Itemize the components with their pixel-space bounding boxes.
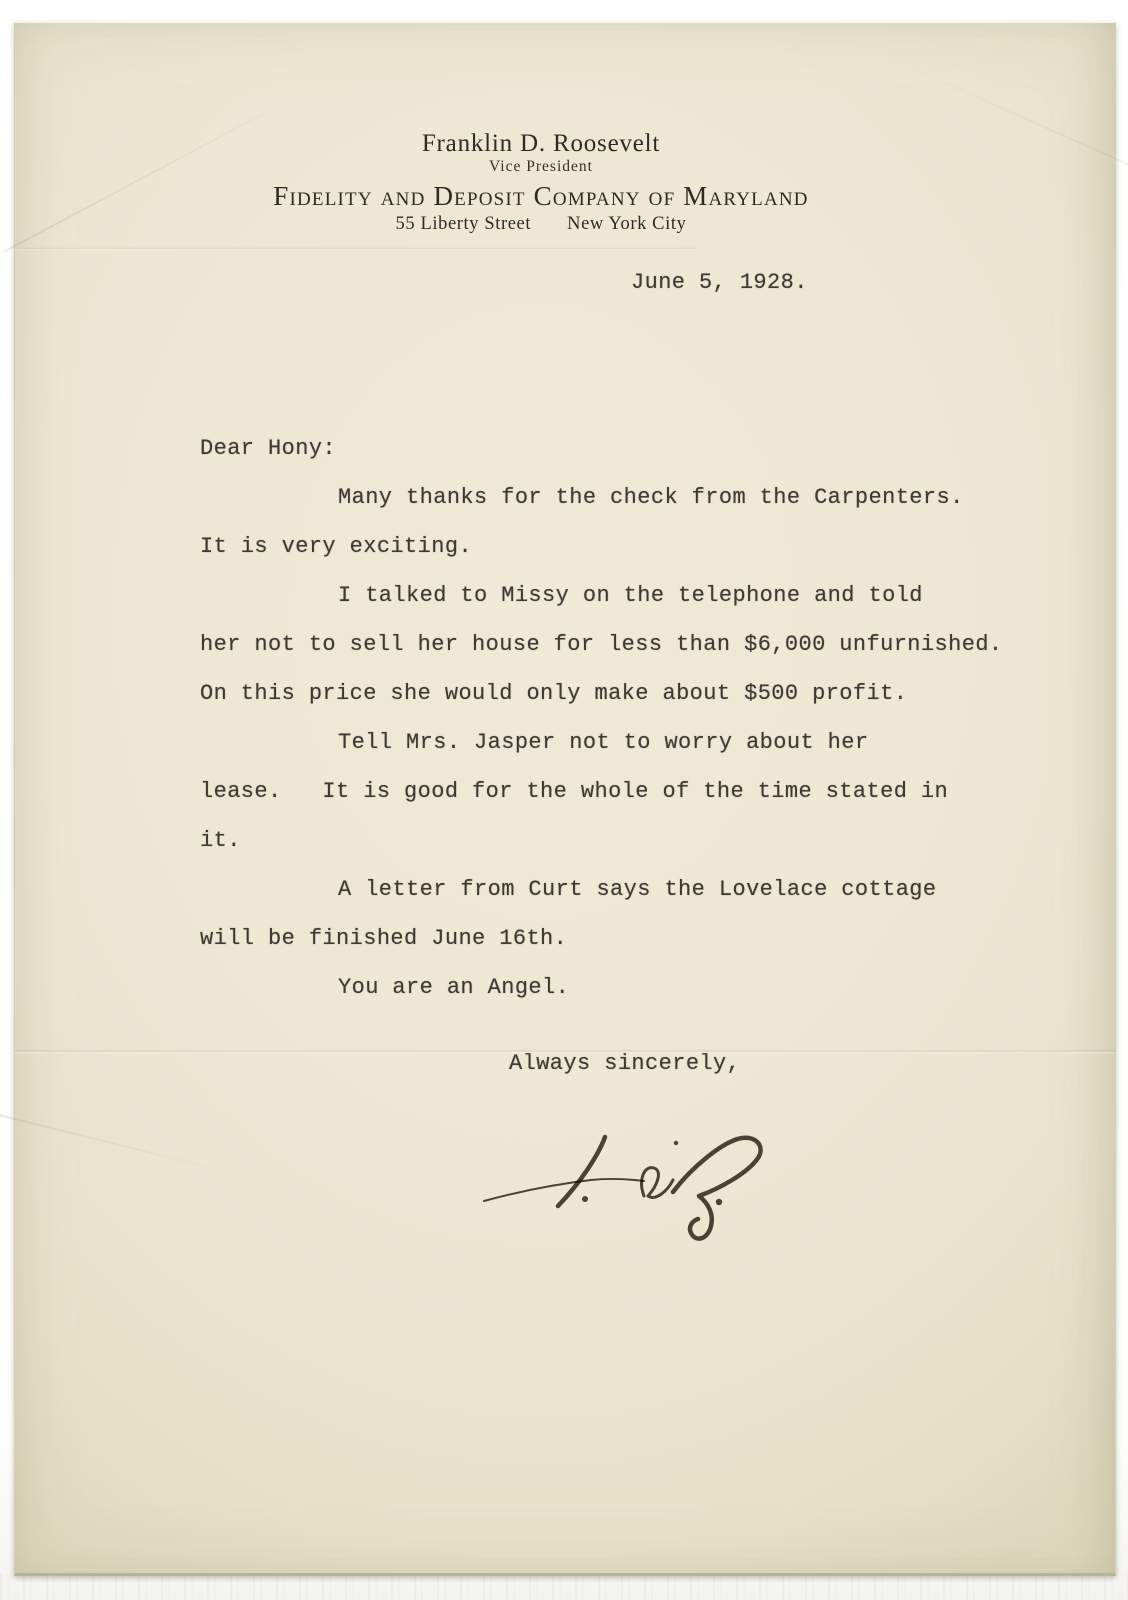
letter-line: I talked to Missy on the telephone and t…: [200, 571, 1115, 620]
scanned-letter-background: Franklin D. Roosevelt Vice President Fid…: [0, 0, 1128, 1600]
letter-line: her not to sell her house for less than …: [200, 620, 1115, 669]
closing: Always sincerely,: [509, 1039, 1115, 1088]
fold-crease: [0, 1114, 232, 1174]
letter-line: lease. It is good for the whole of the t…: [200, 767, 1115, 816]
letter-line: You are an Angel.: [200, 963, 1115, 1012]
letterhead-title: Vice President: [15, 158, 1067, 176]
letterhead-address: 55 Liberty StreetNew York City: [15, 213, 1067, 235]
letterhead-company: Fidelity and Deposit Company of Maryland: [15, 180, 1067, 212]
letter-line: it.: [200, 816, 1115, 865]
letter-body: Dear Hony: Many thanks for the check fro…: [15, 424, 1115, 1088]
fdr-signature: [477, 1118, 777, 1258]
salutation: Dear Hony:: [200, 424, 1115, 473]
letter-line: On this price she would only make about …: [200, 669, 1115, 718]
letterhead-city: New York City: [567, 214, 686, 234]
letter-paper: Franklin D. Roosevelt Vice President Fid…: [14, 22, 1116, 1576]
letterhead: Franklin D. Roosevelt Vice President Fid…: [15, 23, 1115, 235]
letterhead-name: Franklin D. Roosevelt: [15, 130, 1067, 158]
scanner-noise-band: [0, 1574, 1128, 1600]
letter-line: will be finished June 16th.: [200, 914, 1115, 963]
letter-line: A letter from Curt says the Lovelace cot…: [200, 865, 1115, 914]
letterhead-street: 55 Liberty Street: [396, 214, 532, 234]
letter-line: Many thanks for the check from the Carpe…: [200, 473, 1115, 522]
fold-crease: [15, 247, 697, 251]
letter-line: It is very exciting.: [200, 522, 1115, 571]
date-line: June 5, 1928.: [631, 268, 1115, 298]
letter-line: Tell Mrs. Jasper not to worry about her: [200, 718, 1115, 767]
